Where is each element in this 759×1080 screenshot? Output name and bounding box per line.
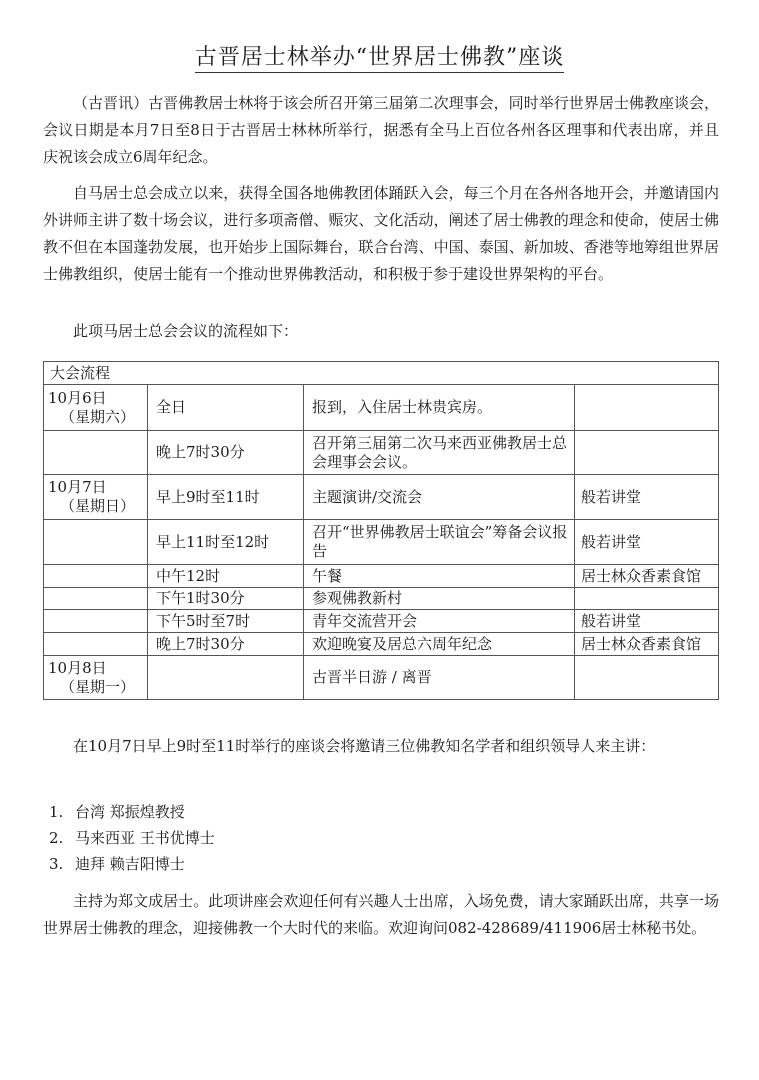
- document-title: 古晋居士林举办“世界居士佛教”座谈: [0, 40, 759, 71]
- list-number: 3.: [49, 851, 75, 877]
- paragraph-intro: （古晋讯）古晋佛教居士林将于该会所召开第三届第二次理事会，同时举行世界居士佛教座…: [43, 90, 719, 171]
- list-number: 2.: [49, 825, 75, 851]
- date-cell: 10月7日（星期日）: [44, 475, 148, 520]
- table-row: 10月6日（星期六） 全日 报到，入住居士林贵宾房。: [44, 385, 719, 431]
- date-cell: [44, 633, 148, 656]
- event-cell: 报到，入住居士林贵宾房。: [304, 385, 575, 431]
- table-row: 晚上7时30分 召开第三届第二次马来西亚佛教居士总会理事会会议。: [44, 431, 719, 475]
- table-row: 下午1时30分 参观佛教新村: [44, 588, 719, 610]
- speaker-text: 马来西亚 王书优博士: [75, 829, 215, 847]
- time-cell: 中午12时: [148, 565, 304, 588]
- time-cell: 晚上7时30分: [148, 633, 304, 656]
- list-item: 1.台湾 郑振煌教授: [49, 799, 215, 825]
- time-cell: 全日: [148, 385, 304, 431]
- date-cell: [44, 431, 148, 475]
- event-cell: 欢迎晚宴及居总六周年纪念: [304, 633, 575, 656]
- event-cell: 青年交流营开会: [304, 610, 575, 633]
- time-cell: 下午5时至7时: [148, 610, 304, 633]
- paragraph-schedule-intro: 此项马居士总会会议的流程如下：: [43, 318, 719, 345]
- venue-cell: [575, 431, 719, 475]
- date: 10月7日: [48, 478, 107, 496]
- event-cell: 参观佛教新村: [304, 588, 575, 610]
- paragraph-background: 自马居士总会成立以来，获得全国各地佛教团体踊跃入会，每三个月在各州各地开会，并邀…: [43, 180, 719, 288]
- list-item: 3.迪拜 赖吉阳博士: [49, 851, 215, 877]
- date: 10月8日: [48, 659, 107, 677]
- schedule-header: 大会流程: [44, 362, 719, 385]
- date-cell: [44, 610, 148, 633]
- event-cell: 召开第三届第二次马来西亚佛教居士总会理事会会议。: [304, 431, 575, 475]
- paragraph-closing: 主持为郑文成居士。此项讲座会欢迎任何有兴趣人士出席，入场免费，请大家踊跃出席，共…: [43, 888, 719, 942]
- schedule-header-row: 大会流程: [44, 362, 719, 385]
- event-cell: 午餐: [304, 565, 575, 588]
- table-row: 10月7日（星期日） 早上9时至11时 主题演讲/交流会 般若讲堂: [44, 475, 719, 520]
- time-cell: 早上11时至12时: [148, 520, 304, 565]
- event-cell: 古晋半日游 / 离晋: [304, 656, 575, 700]
- paragraph-forum-intro: 在10月7日早上9时至11时举行的座谈会将邀请三位佛教知名学者和组织领导人来主讲…: [43, 733, 719, 760]
- date-cell: [44, 565, 148, 588]
- speaker-text: 迪拜 赖吉阳博士: [75, 855, 185, 873]
- event-cell: 召开“世界佛教居士联谊会”筹备会议报告: [304, 520, 575, 565]
- list-item: 2.马来西亚 王书优博士: [49, 825, 215, 851]
- table-row: 晚上7时30分 欢迎晚宴及居总六周年纪念 居士林众香素食馆: [44, 633, 719, 656]
- weekday: （星期一）: [48, 678, 143, 697]
- weekday: （星期六）: [48, 408, 143, 427]
- time-cell: 早上9时至11时: [148, 475, 304, 520]
- time-cell: [148, 656, 304, 700]
- table-row: 中午12时 午餐 居士林众香素食馆: [44, 565, 719, 588]
- venue-cell: [575, 588, 719, 610]
- list-number: 1.: [49, 799, 75, 825]
- date-cell: [44, 588, 148, 610]
- venue-cell: 般若讲堂: [575, 520, 719, 565]
- date-cell: 10月6日（星期六）: [44, 385, 148, 431]
- table-row: 早上11时至12时 召开“世界佛教居士联谊会”筹备会议报告 般若讲堂: [44, 520, 719, 565]
- time-cell: 下午1时30分: [148, 588, 304, 610]
- table-row: 10月8日（星期一） 古晋半日游 / 离晋: [44, 656, 719, 700]
- venue-cell: 居士林众香素食馆: [575, 565, 719, 588]
- schedule-table: 大会流程 10月6日（星期六） 全日 报到，入住居士林贵宾房。 晚上7时30分 …: [43, 361, 719, 700]
- venue-cell: 居士林众香素食馆: [575, 633, 719, 656]
- venue-cell: 般若讲堂: [575, 475, 719, 520]
- time-cell: 晚上7时30分: [148, 431, 304, 475]
- speaker-list: 1.台湾 郑振煌教授 2.马来西亚 王书优博士 3.迪拜 赖吉阳博士: [49, 799, 215, 877]
- table-row: 下午5时至7时 青年交流营开会 般若讲堂: [44, 610, 719, 633]
- speaker-text: 台湾 郑振煌教授: [75, 803, 185, 821]
- venue-cell: [575, 656, 719, 700]
- event-cell: 主题演讲/交流会: [304, 475, 575, 520]
- document-title-text: 古晋居士林举办“世界居士佛教”座谈: [195, 45, 565, 73]
- date: 10月6日: [48, 389, 107, 407]
- venue-cell: [575, 385, 719, 431]
- venue-cell: 般若讲堂: [575, 610, 719, 633]
- date-cell: 10月8日（星期一）: [44, 656, 148, 700]
- date-cell: [44, 520, 148, 565]
- weekday: （星期日）: [48, 497, 143, 516]
